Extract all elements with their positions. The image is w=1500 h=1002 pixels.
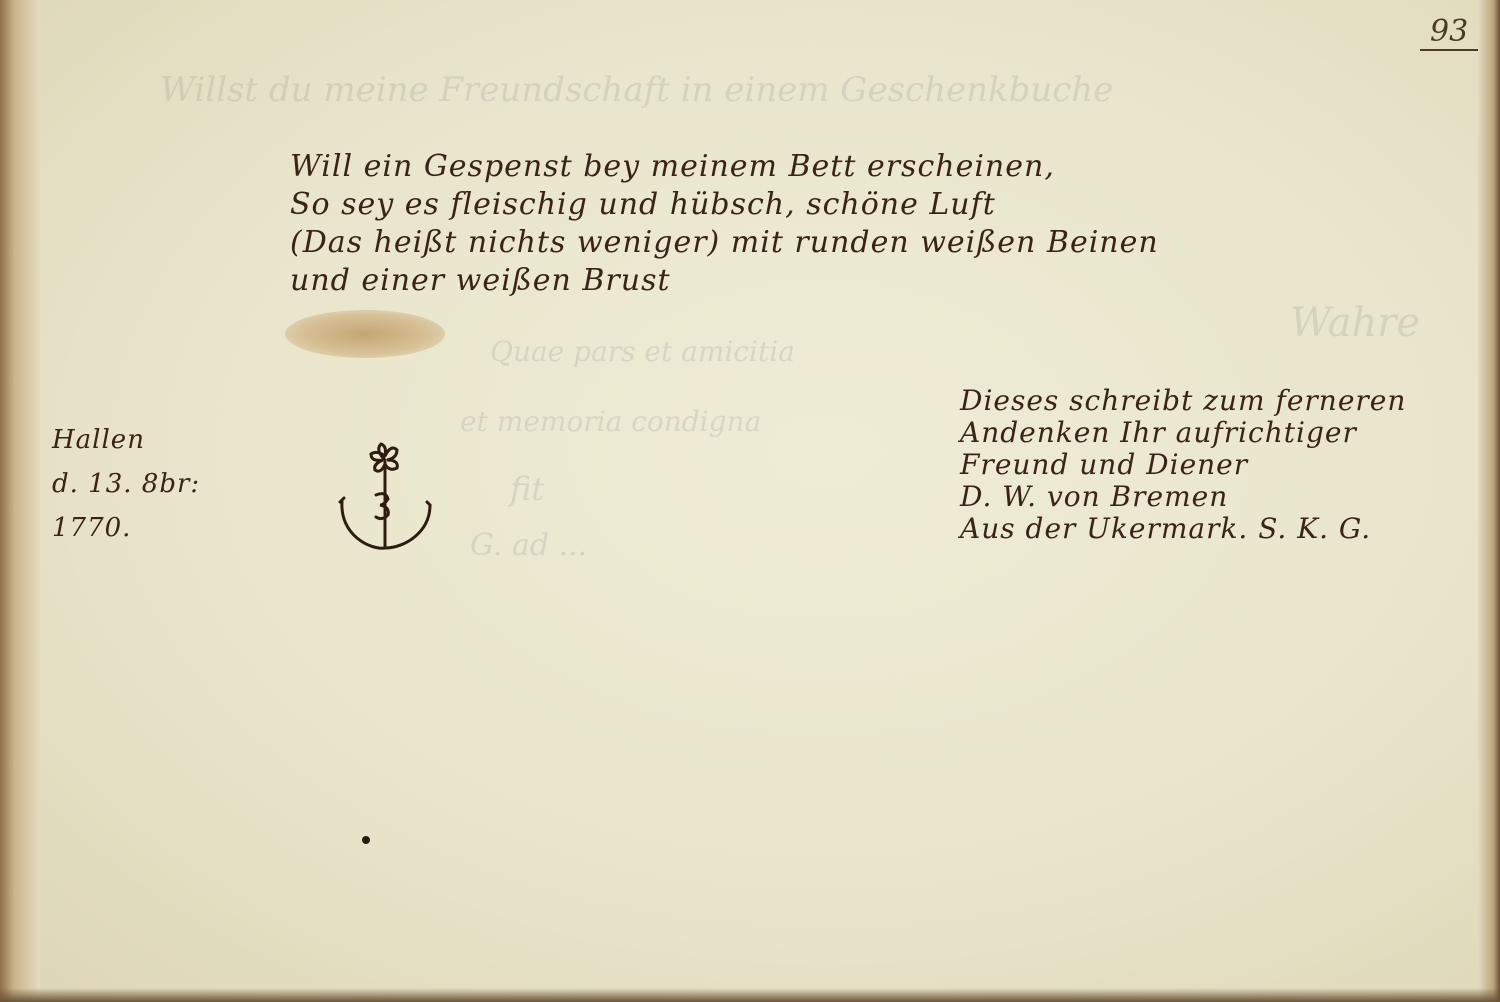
ink-dot: [362, 836, 370, 844]
dedication-line: Andenken Ihr aufrichtiger: [960, 417, 1406, 449]
page-edge-bottom: [0, 988, 1500, 1002]
poem-line: (Das heißt nichts weniger) mit runden we…: [290, 224, 1159, 262]
dedication-block: Dieses schreibt zum ferneren Andenken Ih…: [960, 385, 1406, 545]
poem-line: So sey es fleischig und hübsch, schöne L…: [290, 186, 1159, 224]
date-line: d. 13. 8br:: [52, 462, 200, 506]
place-name: Hallen: [52, 418, 200, 462]
page-number: 93: [1420, 14, 1478, 51]
poem-block: Will ein Gespenst bey meinem Bett ersche…: [290, 148, 1159, 300]
book-binding-gutter: [0, 0, 40, 1002]
show-through-line: Quae pars et amicitia: [490, 335, 795, 368]
show-through-line: Willst du meine Freundschaft in einem Ge…: [160, 70, 1113, 110]
show-through-line: et memoria condigna: [460, 405, 761, 438]
show-through-line: fit: [510, 470, 544, 508]
dedication-line: Dieses schreibt zum ferneren: [960, 385, 1406, 417]
anchor-flower-icon: [330, 440, 440, 555]
water-stain: [285, 310, 445, 358]
show-through-line: Wahre: [1290, 300, 1420, 346]
origin-line: Aus der Ukermark. S. K. G.: [960, 513, 1406, 545]
manuscript-page: Willst du meine Freundschaft in einem Ge…: [0, 0, 1500, 1002]
year-line: 1770.: [52, 506, 200, 550]
poem-line: Will ein Gespenst bey meinem Bett ersche…: [290, 148, 1159, 186]
place-date-note: Hallen d. 13. 8br: 1770.: [52, 418, 200, 550]
page-edge-right: [1478, 0, 1500, 1002]
dedication-line: Freund und Diener: [960, 449, 1406, 481]
show-through-line: G. ad ...: [470, 528, 587, 563]
signature-line: D. W. von Bremen: [960, 481, 1406, 513]
poem-line: und einer weißen Brust: [290, 262, 1159, 300]
